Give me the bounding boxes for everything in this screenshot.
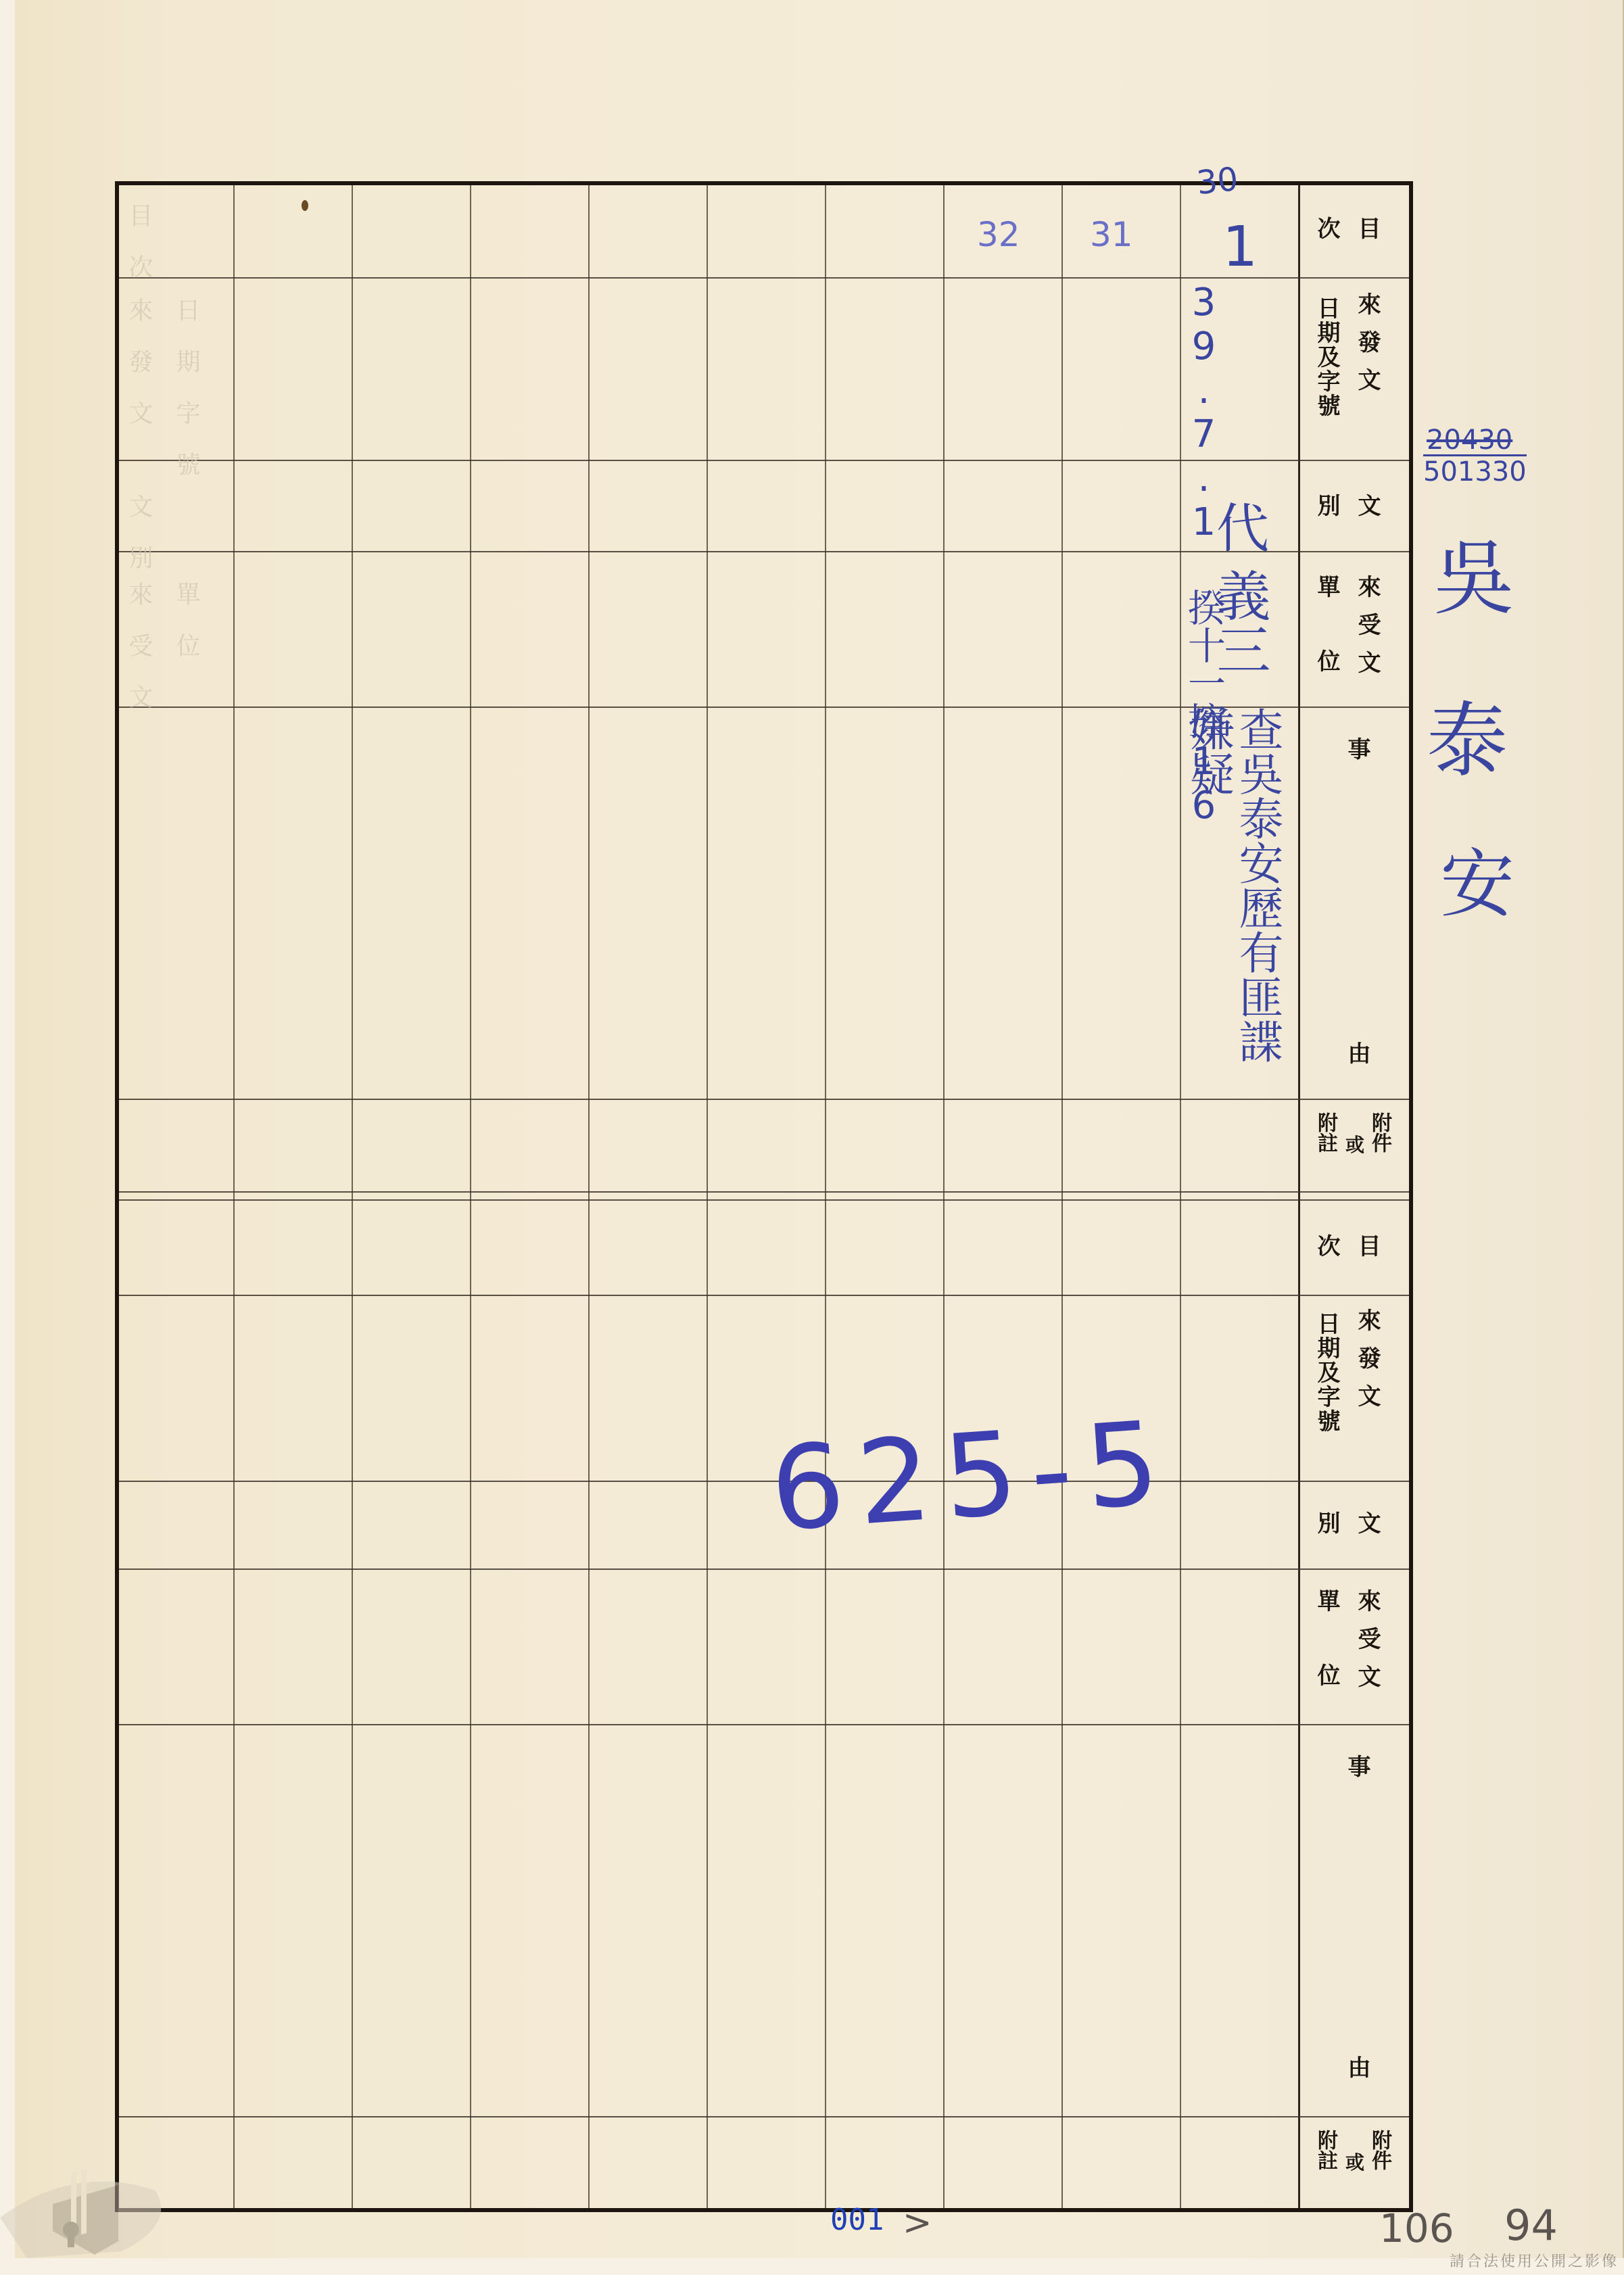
label-shi: 事 [1345, 737, 1368, 760]
column-divider [352, 185, 353, 2208]
row-divider [119, 1199, 1409, 1201]
label-bie: 別 [1315, 494, 1338, 517]
label-receiving: 來受文 [1356, 575, 1379, 688]
show-through-text: 單位 [169, 581, 204, 684]
entry-unit: 義三 [1200, 568, 1278, 676]
margin-name-char-2: 泰 [1427, 676, 1508, 792]
row-divider [119, 1568, 1409, 1570]
label-note: 附註 [1315, 1112, 1335, 1153]
label-ci-lower: 次 [1315, 1234, 1338, 1257]
label-incoming-outgoing: 來發文 [1356, 292, 1379, 406]
column-marker-31: 31 [1090, 215, 1133, 254]
label-ci: 次 [1315, 216, 1338, 239]
column-divider [1180, 185, 1181, 2208]
label-attachment-lower: 附件 [1369, 2130, 1389, 2170]
show-through-text: 目次 [122, 203, 156, 306]
show-through-text: 日期字號 [169, 297, 204, 503]
show-through-text: 來受文 [122, 581, 156, 736]
label-date-and-number-lower: 日期及字號 [1315, 1312, 1338, 1433]
row-divider [119, 1099, 1409, 1100]
label-you-lower: 由 [1345, 2055, 1368, 2078]
column-divider [588, 185, 590, 2208]
row-divider [119, 1295, 1409, 1296]
pencil-number-94: 94 [1504, 2201, 1558, 2250]
pencil-number-106: 106 [1379, 2205, 1454, 2251]
row-divider [119, 1481, 1409, 1482]
row-divider [119, 277, 1409, 279]
label-attachment: 附件 [1369, 1112, 1389, 1153]
column-divider [1061, 185, 1063, 2208]
center-archive-number: 625-5 [767, 1396, 1176, 1558]
pencil-check-mark: > [903, 2203, 932, 2243]
label-note-lower: 附註 [1315, 2130, 1335, 2170]
file-number-struck: 20430 [1427, 425, 1512, 456]
column-divider [470, 185, 471, 2208]
entry-doc-type: 代 [1200, 500, 1276, 553]
label-unit: 單位 [1315, 575, 1338, 723]
label-wen: 文 [1356, 494, 1379, 517]
label-or: 或 [1345, 1136, 1364, 1155]
label-bie-lower: 別 [1315, 1511, 1338, 1534]
label-or-lower: 或 [1345, 2153, 1364, 2172]
entry-index-top: 30 [1195, 160, 1240, 202]
entry-index: 1 [1222, 215, 1258, 279]
column-divider [233, 185, 235, 2208]
archive-logo-icon [0, 2136, 176, 2258]
column-divider [707, 185, 708, 2208]
label-you: 由 [1345, 1041, 1368, 1064]
label-receiving-lower: 來受文 [1356, 1589, 1379, 1702]
label-mu: 目 [1356, 216, 1379, 239]
label-wen-lower: 文 [1356, 1511, 1379, 1534]
ink-spot [302, 200, 308, 211]
margin-name-char-1: 吳 [1433, 514, 1514, 630]
label-shi-lower: 事 [1345, 1754, 1368, 1777]
show-through-text: 來發文 [122, 297, 156, 452]
page-stamp-number: 001 [830, 2203, 884, 2237]
row-divider [119, 2116, 1409, 2117]
row-divider [119, 1191, 1409, 1193]
file-number: 501330 [1423, 454, 1527, 487]
usage-watermark: 請合法使用公開之影像 [1450, 2250, 1619, 2271]
label-mu-lower: 目 [1356, 1234, 1379, 1257]
label-unit-lower: 單位 [1315, 1589, 1338, 1738]
label-incoming-outgoing-lower: 來發文 [1356, 1308, 1379, 1422]
label-date-and-number: 日期及字號 [1315, 296, 1338, 418]
entry-subject: 查吳泰安歷有匪諜嫌疑 [1180, 707, 1281, 1072]
row-divider [119, 1724, 1409, 1725]
column-divider [943, 185, 945, 2208]
column-divider [825, 185, 826, 2208]
margin-name-char-3: 安 [1440, 825, 1514, 932]
label-column-divider [1298, 185, 1300, 2208]
column-marker-32: 32 [977, 215, 1020, 254]
